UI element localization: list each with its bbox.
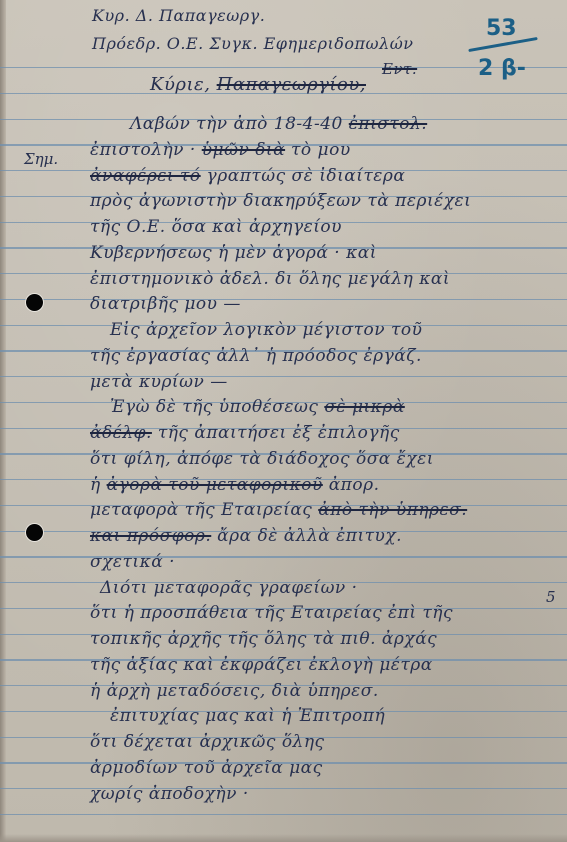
body-text-after: ἀπορ.	[323, 475, 380, 495]
body-text: ἡ	[90, 475, 107, 495]
margin-note-right: 5	[546, 588, 556, 606]
body-line: και πρόσφορ. ἄρα δὲ ἀλλὰ ἐπιτυχ.	[90, 526, 402, 546]
body-line: ἡ ἀρχὴ μεταδόσεις, διὰ ὑπηρεσ.	[90, 681, 379, 701]
header-line-2: Πρόεδρ. Ο.Ε. Συγκ. Εφημεριδοπωλών	[92, 34, 413, 53]
body-text: πρὸς ἀγωνιστὴν διακηρύξεων τὰ περιέχει	[90, 191, 471, 211]
body-text: τῆς ἀξίας καὶ ἐκφράζει ἐκλογὴ μέτρα	[90, 655, 433, 675]
salutation-struck: Παπαγεωργίου,	[217, 74, 366, 95]
body-text: ἐπιστημονικὸ ἀδελ. δι ὅλης μεγάλη καὶ	[90, 269, 450, 289]
body-line: ἀρμοδίων τοῦ ἀρχεῖα μας	[90, 758, 323, 778]
binder-hole-top	[26, 294, 43, 311]
body-text: τῆς Ο.Ε. ὅσα καὶ ἀρχηγείου	[90, 217, 342, 237]
body-text-after: ἄρα δὲ ἀλλὰ ἐπιτυχ.	[211, 526, 402, 546]
body-line: ἀναφέρει τό γραπτώς σὲ ἰδιαίτερα	[90, 166, 405, 186]
letter-page: 53 2 β- Κυρ. Δ. Παπαγεωργ. Πρόεδρ. Ο.Ε. …	[0, 0, 567, 842]
body-line: Κυβερνήσεως ἡ μὲν ἀγορά · καὶ	[90, 243, 377, 263]
annotation-denominator: 2 β-	[478, 56, 526, 81]
body-line: ἐπιστημονικὸ ἀδελ. δι ὅλης μεγάλη καὶ	[90, 269, 450, 289]
body-line: ὅτι δέχεται ἀρχικῶς ὅλης	[90, 732, 325, 752]
body-line: ἐπιστολὴν · ὑμῶν διὰ τὸ μου	[90, 140, 351, 160]
body-line: Εἰς ἀρχεῖον λογικὸν μέγιστον τοῦ	[110, 320, 422, 340]
body-line: τῆς ἐργασίας ἀλλ᾽ ἡ πρόοδος ἐργάζ.	[90, 346, 422, 366]
body-line: μετὰ κυρίων —	[90, 372, 228, 392]
struck-text: σὲ μικρὰ	[324, 397, 404, 417]
struck-text: ἐπιστολ.	[349, 114, 427, 134]
annotation-numerator: 53	[486, 16, 517, 41]
struck-text: ἀπὸ τὴν ὑπηρεσ.	[318, 500, 467, 520]
struck-text: ἀναφέρει τό	[90, 166, 201, 186]
ruled-line	[0, 788, 567, 789]
ruled-line	[0, 376, 567, 377]
body-line: ὅτι ἡ προσπάθεια τῆς Εταιρείας ἐπὶ τῆς	[90, 603, 453, 623]
struck-text: ἀδέλφ.	[90, 423, 152, 443]
body-text: τοπικῆς ἀρχῆς τῆς ὅλης τὰ πιθ. ἀρχάς	[90, 629, 437, 649]
body-text: ἐπιστολὴν ·	[90, 140, 202, 160]
body-line: Διότι μεταφορᾶς γραφείων ·	[100, 578, 358, 598]
body-line: ἡ ἀγορὰ τοῦ μεταφορικοῦ ἀπορ.	[90, 475, 380, 495]
body-line: τῆς Ο.Ε. ὅσα καὶ ἀρχηγείου	[90, 217, 342, 237]
struck-text: και πρόσφορ.	[90, 526, 211, 546]
body-text-after: τὸ μου	[285, 140, 351, 160]
ruled-line	[0, 814, 567, 815]
body-text: Ἐγὼ δὲ τῆς ὑποθέσεως	[110, 397, 324, 417]
body-text: τῆς ἐργασίας ἀλλ᾽ ἡ πρόοδος ἐργάζ.	[90, 346, 422, 366]
header-line-3-struck: Εντ.	[382, 60, 417, 78]
body-text: ὅτι δέχεται ἀρχικῶς ὅλης	[90, 732, 325, 752]
salutation-text: Κύριε,	[150, 74, 210, 95]
body-line: Ἐγὼ δὲ τῆς ὑποθέσεως σὲ μικρὰ	[110, 397, 405, 417]
body-text: ἀρμοδίων τοῦ ἀρχεῖα μας	[90, 758, 323, 778]
body-text: Διότι μεταφορᾶς γραφείων ·	[100, 578, 358, 598]
body-text: ἐπιτυχίας μας καὶ ἡ Ἐπιτροπή	[110, 706, 385, 726]
paper-left-edge	[0, 0, 6, 842]
body-line: σχετικά ·	[90, 552, 175, 572]
body-text: Κυβερνήσεως ἡ μὲν ἀγορά · καὶ	[90, 243, 377, 263]
struck-text: ἀγορὰ τοῦ μεταφορικοῦ	[107, 475, 323, 495]
body-line: μεταφορὰ τῆς Εταιρείας ἀπὸ τὴν ὑπηρεσ.	[90, 500, 467, 520]
body-text: σχετικά ·	[90, 552, 175, 572]
body-line: Λαβών τὴν ἀπὸ 18-4-40 ἐπιστολ.	[130, 114, 427, 134]
header-line-1: Κυρ. Δ. Παπαγεωργ.	[92, 6, 265, 25]
body-line: ἐπιτυχίας μας καὶ ἡ Ἐπιτροπή	[110, 706, 385, 726]
margin-note-left: Σημ.	[24, 150, 58, 168]
body-text: μετὰ κυρίων —	[90, 372, 228, 392]
binder-hole-bottom	[26, 524, 43, 541]
body-text-after: γραπτώς σὲ ἰδιαίτερα	[201, 166, 406, 186]
body-text: ἡ ἀρχὴ μεταδόσεις, διὰ ὑπηρεσ.	[90, 681, 379, 701]
body-text: χωρίς ἀποδοχὴν ·	[90, 784, 249, 804]
body-text: διατριβῆς μου —	[90, 294, 241, 314]
ruled-line	[0, 556, 567, 557]
body-line: χωρίς ἀποδοχὴν ·	[90, 784, 249, 804]
ruled-line	[0, 299, 567, 300]
paper-bottom-edge	[0, 834, 567, 842]
body-text: μεταφορὰ τῆς Εταιρείας	[90, 500, 318, 520]
body-text: Εἰς ἀρχεῖον λογικὸν μέγιστον τοῦ	[110, 320, 422, 340]
salutation: Κύριε, Παπαγεωργίου,	[150, 74, 366, 95]
body-line: τῆς ἀξίας καὶ ἐκφράζει ἐκλογὴ μέτρα	[90, 655, 433, 675]
body-line: τοπικῆς ἀρχῆς τῆς ὅλης τὰ πιθ. ἀρχάς	[90, 629, 437, 649]
body-text: ὅτι φίλη, ἀπόφε τὰ διάδοχος ὅσα ἔχει	[90, 449, 434, 469]
body-line: ἀδέλφ. τῆς ἀπαιτήσει ἐξ ἐπιλογῆς	[90, 423, 400, 443]
body-line: πρὸς ἀγωνιστὴν διακηρύξεων τὰ περιέχει	[90, 191, 471, 211]
body-line: ὅτι φίλη, ἀπόφε τὰ διάδοχος ὅσα ἔχει	[90, 449, 434, 469]
struck-text: ὑμῶν διὰ	[202, 140, 285, 160]
body-text: Λαβών τὴν ἀπὸ 18-4-40	[130, 114, 349, 134]
body-text: ὅτι ἡ προσπάθεια τῆς Εταιρείας ἐπὶ τῆς	[90, 603, 453, 623]
body-line: διατριβῆς μου —	[90, 294, 241, 314]
body-text-after: τῆς ἀπαιτήσει ἐξ ἐπιλογῆς	[152, 423, 400, 443]
